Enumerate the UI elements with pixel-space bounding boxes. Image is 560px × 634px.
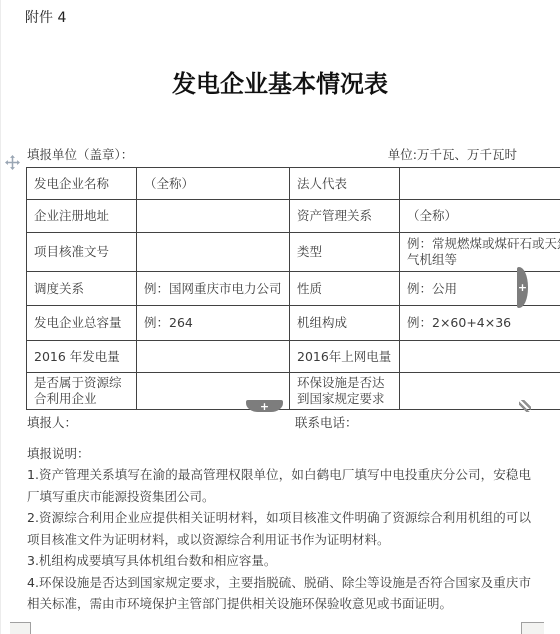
- note-item-3: 3.机组构成要填写具体机组台数和相应容量。: [27, 550, 531, 572]
- notes-section: 1.资产管理关系填写在渝的最高管理权限单位，如白鹤电厂填写中电投重庆分公司，安稳…: [27, 464, 531, 615]
- grid-energy-2016-label: 2016年上网电量: [290, 341, 400, 373]
- legal-rep-value[interactable]: [400, 168, 560, 200]
- filler-label: 填报人：: [27, 413, 77, 431]
- company-name-label: 发电企业名称: [27, 168, 137, 200]
- page-margin-mark-right: [521, 622, 544, 634]
- table-row: 是否属于资源综合利用企业 环保设施是否达到国家规定要求: [27, 373, 560, 410]
- total-capacity-value[interactable]: 例：264: [137, 306, 290, 341]
- plus-icon: +: [260, 401, 269, 412]
- basic-info-table: 发电企业名称 （全称） 法人代表 企业注册地址 资产管理关系 （全称） 项目核准…: [26, 167, 560, 410]
- reporting-unit-label: 填报单位（盖章）：: [27, 145, 133, 163]
- dispatch-relation-label: 调度关系: [27, 272, 137, 306]
- page-title: 发电企业基本情况表: [0, 64, 560, 99]
- notes-heading: 填报说明：: [27, 444, 90, 462]
- nature-value[interactable]: 例：公用: [400, 272, 560, 306]
- table-row: 2016 年发电量 2016年上网电量: [27, 341, 560, 373]
- company-name-value[interactable]: （全称）: [137, 168, 290, 200]
- env-facility-label: 环保设施是否达到国家规定要求: [290, 373, 400, 410]
- insert-row-button[interactable]: +: [246, 400, 283, 412]
- resource-utilization-label: 是否属于资源综合利用企业: [27, 373, 137, 410]
- type-value[interactable]: 例：常规燃煤或煤矸石或天然气机组等: [400, 233, 560, 272]
- table-row: 企业注册地址 资产管理关系 （全称）: [27, 200, 560, 233]
- reg-address-value[interactable]: [137, 200, 290, 233]
- generation-2016-label: 2016 年发电量: [27, 341, 137, 373]
- generation-2016-value[interactable]: [137, 341, 290, 373]
- total-capacity-label: 发电企业总容量: [27, 306, 137, 341]
- nature-label: 性质: [290, 272, 400, 306]
- table-move-handle-icon[interactable]: [5, 155, 20, 170]
- env-facility-value[interactable]: [400, 373, 560, 410]
- move-arrows-icon: [5, 155, 20, 170]
- table-resize-handle[interactable]: [519, 400, 531, 412]
- grid-energy-2016-value[interactable]: [400, 341, 560, 373]
- dispatch-relation-value[interactable]: 例：国网重庆市电力公司: [137, 272, 290, 306]
- contact-phone-label: 联系电话：: [295, 413, 358, 431]
- legal-rep-label: 法人代表: [290, 168, 400, 200]
- table-row: 调度关系 例：国网重庆市电力公司 性质 例：公用: [27, 272, 560, 306]
- table-row: 项目核准文号 类型 例：常规燃煤或煤矸石或天然气机组等: [27, 233, 560, 272]
- asset-relation-value[interactable]: （全称）: [400, 200, 560, 233]
- asset-relation-label: 资产管理关系: [290, 200, 400, 233]
- note-item-4: 4.环保设施是否达到国家规定要求，主要指脱硫、脱硝、除尘等设施是否符合国家及重庆…: [27, 572, 531, 615]
- unit-composition-value[interactable]: 例：2×60+4×36: [400, 306, 560, 341]
- note-item-2: 2.资源综合利用企业应提供相关证明材料，如项目核准文件明确了资源综合利用机组的可…: [27, 507, 531, 550]
- table-row: 发电企业名称 （全称） 法人代表: [27, 168, 560, 200]
- note-item-1: 1.资产管理关系填写在渝的最高管理权限单位，如白鹤电厂填写中电投重庆分公司，安稳…: [27, 464, 531, 507]
- unit-composition-label: 机组构成: [290, 306, 400, 341]
- page-margin-mark-left: [10, 622, 31, 634]
- reg-address-label: 企业注册地址: [27, 200, 137, 233]
- type-label: 类型: [290, 233, 400, 272]
- meta-line: 填报单位（盖章）： 单位:万千瓦、万千瓦时: [27, 145, 517, 163]
- unit-note-label: 单位:万千瓦、万千瓦时: [388, 145, 517, 163]
- approval-doc-label: 项目核准文号: [27, 233, 137, 272]
- table-row: 发电企业总容量 例：264 机组构成 例：2×60+4×36: [27, 306, 560, 341]
- attachment-label: 附件 4: [25, 7, 66, 27]
- plus-icon: +: [518, 282, 527, 293]
- approval-doc-value[interactable]: [137, 233, 290, 272]
